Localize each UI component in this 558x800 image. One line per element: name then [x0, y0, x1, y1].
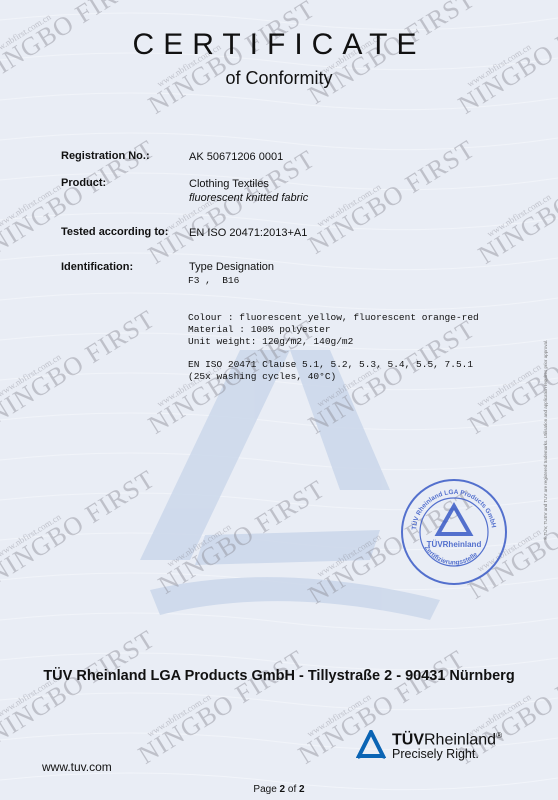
certification-stamp: TÜV Rheinland LGA Products GmbH TÜVRhein… — [398, 476, 510, 588]
product-label: Product: — [61, 177, 106, 189]
material-line: Material : 100% polyester — [188, 324, 331, 336]
washing-line: (25x washing cycles, 40°C) — [188, 371, 336, 383]
logo-brand-bold: TÜV — [392, 731, 424, 748]
website-link[interactable]: www.tuv.com — [42, 760, 112, 774]
registration-value: AK 50671206 0001 — [189, 150, 283, 164]
logo-registered: ® — [496, 731, 502, 740]
certificate-subtitle: of Conformity — [0, 68, 558, 89]
weight-line: Unit weight: 120g/m2, 140g/m2 — [188, 336, 353, 348]
type-designations: F3 , B16 — [188, 275, 239, 287]
product-detail: fluorescent knitted fabric — [189, 191, 308, 205]
product-value: Clothing Textiles — [189, 177, 269, 191]
certificate-page: CERTIFICATE of Conformity Registration N… — [0, 0, 558, 800]
trademark-note: ® TÜV, TUEV and TUV are registered trade… — [543, 340, 548, 540]
colour-line: Colour : fluorescent yellow, fluorescent… — [188, 312, 479, 324]
identification-label: Identification: — [61, 261, 133, 273]
tuv-triangle-icon — [356, 730, 386, 760]
logo-brand: Rheinland — [424, 731, 496, 748]
clause-line: EN ISO 20471 Clause 5.1, 5.2, 5.3, 5.4, … — [188, 359, 473, 371]
tuv-rheinland-logo: TÜVRheinland® Precisely Right. — [356, 728, 502, 762]
certificate-title: CERTIFICATE — [0, 28, 558, 62]
stamp-center-text: TÜVRheinland — [427, 540, 482, 549]
page-number: Page 2 of 2 — [0, 784, 558, 795]
identification-value: Type Designation — [189, 260, 274, 274]
logo-tagline: Precisely Right. — [392, 747, 502, 762]
tested-value: EN ISO 20471:2013+A1 — [189, 226, 307, 240]
registration-label: Registration No.: — [61, 150, 150, 162]
issuer-address: TÜV Rheinland LGA Products GmbH - Tillys… — [0, 668, 558, 684]
tested-label: Tested according to: — [61, 226, 168, 238]
